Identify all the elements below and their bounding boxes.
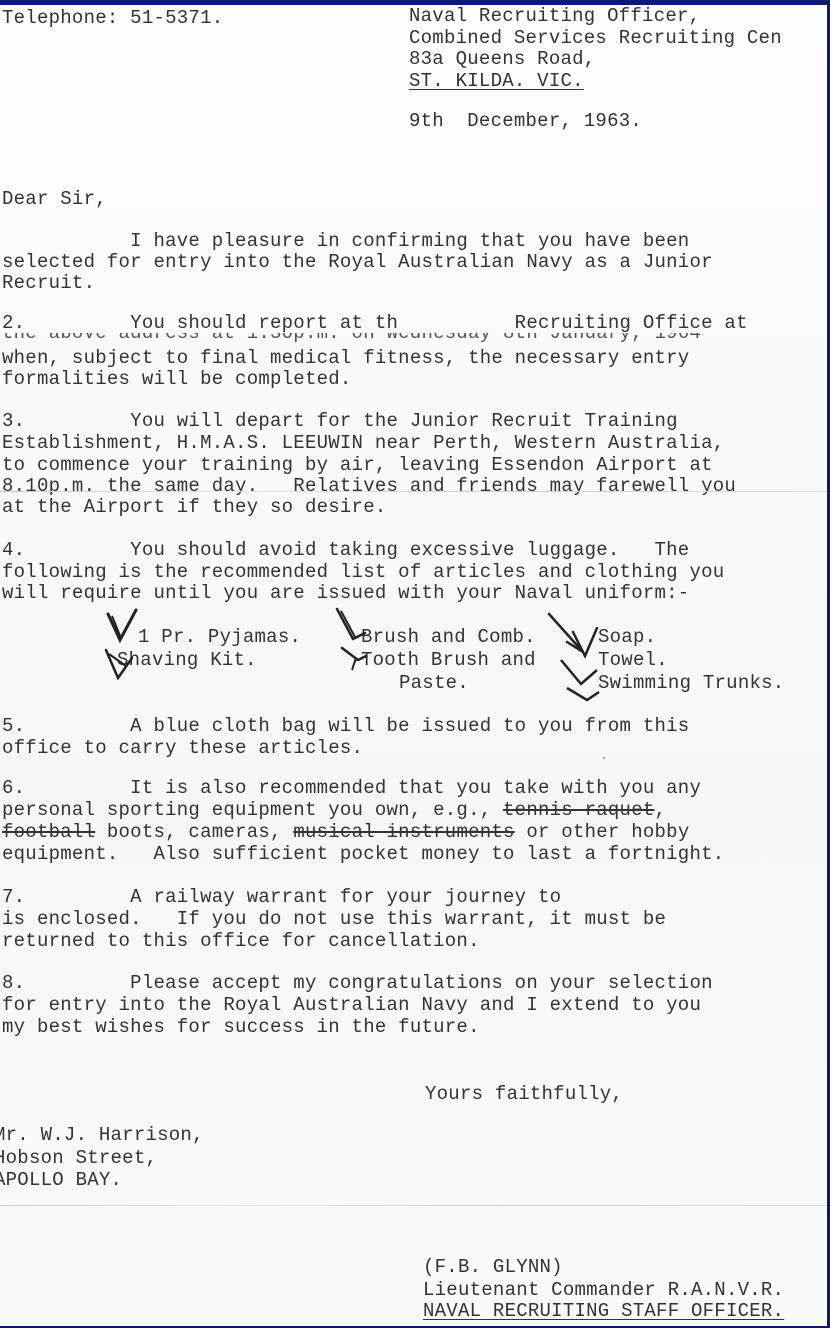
sender-address-line-1: Naval Recruiting Officer, xyxy=(409,5,700,27)
signatory-name: (F.B. GLYNN) xyxy=(423,1256,563,1278)
paragraph-2-line-2: the above address at 1.30p.m. on Wednesd… xyxy=(2,333,701,344)
paper-fold-line xyxy=(0,491,827,492)
sender-address-line-2: Combined Services Recruiting Cen xyxy=(409,27,782,49)
paragraph-2-line-1: 2. You should report at th Recruiting Of… xyxy=(2,312,748,334)
signatory-rank: Lieutenant Commander R.A.N.V.R. xyxy=(423,1279,784,1301)
checklist-item-pyjamas: 1 Pr. Pyjamas. xyxy=(138,626,301,648)
paragraph-3-line-5: at the Airport if they so desire. xyxy=(2,496,387,518)
paragraph-8-line-1: 8. Please accept my congratulations on y… xyxy=(2,972,713,994)
recipient-town: APOLLO BAY. xyxy=(0,1169,122,1191)
paragraph-2-line-2-clipped: the above address at 1.30p.m. on Wednesd… xyxy=(2,333,701,344)
checklist-item-brush-comb: Brush and Comb. xyxy=(361,626,536,648)
paragraph-6-line-2: personal sporting equipment you own, e.g… xyxy=(2,799,666,821)
paragraph-5-line-2: office to carry these articles. xyxy=(2,737,363,759)
sender-address-line-3: 83a Queens Road, xyxy=(409,48,595,70)
paragraph-3-line-1: 3. You will depart for the Junior Recrui… xyxy=(2,410,678,432)
paragraph-6-line-3-mid: boots, cameras, xyxy=(95,821,293,843)
paragraph-7-line-3: returned to this office for cancellation… xyxy=(2,930,480,952)
signatory-title: NAVAL RECRUITING STAFF OFFICER. xyxy=(423,1300,784,1322)
paragraph-6-line-3-end: or other hobby xyxy=(515,821,690,843)
struck-text-football: football xyxy=(2,821,95,843)
paragraph-6-line-3: football boots, cameras, musical instrum… xyxy=(2,821,689,843)
paragraph-4-line-2: following is the recommended list of art… xyxy=(2,561,724,583)
paper-fold-line xyxy=(0,1205,827,1206)
paragraph-3-line-3: to commence your training by air, leavin… xyxy=(2,454,713,476)
checklist-item-soap: Soap. xyxy=(598,626,656,648)
paragraph-8-line-3: my best wishes for success in the future… xyxy=(2,1016,480,1038)
checklist-item-towel: Towel. xyxy=(598,649,668,671)
telephone-number: Telephone: 51-5371. xyxy=(2,7,223,29)
checkmark-icon xyxy=(545,612,605,702)
checkmark-icon xyxy=(335,607,369,643)
checkmark-icon xyxy=(104,648,134,680)
closing: Yours faithfully, xyxy=(425,1083,623,1105)
paragraph-1-line-1: I have pleasure in confirming that you h… xyxy=(2,230,689,252)
struck-text-musical-instruments: musical instruments xyxy=(293,821,514,843)
paragraph-4-line-1: 4. You should avoid taking excessive lug… xyxy=(2,539,689,561)
paragraph-8-line-2: for entry into the Royal Australian Navy… xyxy=(2,994,701,1016)
paragraph-3-line-2: Establishment, H.M.A.S. LEEUWIN near Per… xyxy=(2,432,724,454)
sender-address-line-4: ST. KILDA. VIC. xyxy=(409,70,584,92)
paragraph-2-line-4: formalities will be completed. xyxy=(2,368,352,390)
ink-speck xyxy=(603,757,605,759)
checklist-item-swimming-trunks: Swimming Trunks. xyxy=(598,672,784,694)
paragraph-6-line-4: equipment. Also sufficient pocket money … xyxy=(2,843,724,865)
paragraph-7-line-1: 7. A railway warrant for your journey to xyxy=(2,886,561,908)
paragraph-5-line-1: 5. A blue cloth bag will be issued to yo… xyxy=(2,715,689,737)
checkmark-icon xyxy=(340,644,370,672)
checkmark-icon xyxy=(106,608,140,644)
checklist-item-shaving-kit: Shaving Kit. xyxy=(117,649,257,671)
paragraph-2-line-3: when, subject to final medical fitness, … xyxy=(2,347,689,369)
paragraph-3-line-4: 8.10p.m. the same day. Relatives and fri… xyxy=(2,475,736,497)
recipient-street: Hobson Street, xyxy=(0,1147,157,1169)
paragraph-7-line-2: is enclosed. If you do not use this warr… xyxy=(2,908,666,930)
recipient-name: Mr. W.J. Harrison, xyxy=(0,1124,204,1146)
paragraph-4-line-3: will require until you are issued with y… xyxy=(2,582,689,604)
paragraph-1-line-3: Recruit. xyxy=(2,272,95,294)
paragraph-6-line-2-text: personal sporting equipment you own, e.g… xyxy=(2,799,503,821)
salutation: Dear Sir, xyxy=(2,188,107,210)
letter-date: 9th December, 1963. xyxy=(409,110,642,132)
struck-text-tennis-raquet: tennis raquet xyxy=(503,799,654,821)
paragraph-6-line-2-comma: , xyxy=(655,799,667,821)
checklist-item-tooth-brush: Tooth Brush and xyxy=(361,649,536,671)
paragraph-1-line-2: selected for entry into the Royal Austra… xyxy=(2,251,713,273)
paragraph-6-line-1: 6. It is also recommended that you take … xyxy=(2,777,701,799)
checklist-item-paste: Paste. xyxy=(399,672,469,694)
